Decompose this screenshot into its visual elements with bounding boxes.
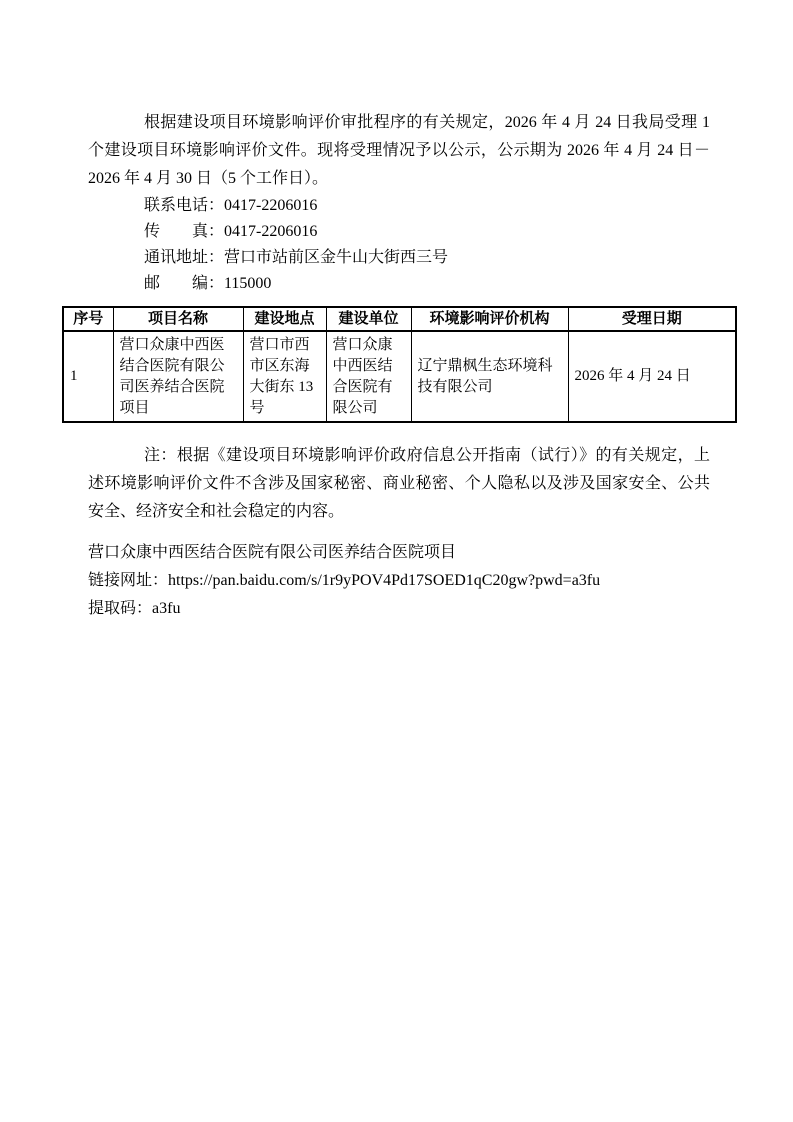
header-seq: 序号: [63, 307, 113, 331]
contact-address: 通讯地址：营口市站前区金牛山大街西三号: [144, 245, 710, 271]
contact-address-value: 营口市站前区金牛山大街西三号: [224, 249, 448, 266]
contact-fax-label: 传 真：: [144, 223, 224, 240]
attachment-code-label: 提取码：: [88, 600, 152, 617]
header-accept-date: 受理日期: [568, 307, 736, 331]
contact-phone: 联系电话：0417-2206016: [144, 193, 710, 219]
contact-info: 联系电话：0417-2206016 传 真：0417-2206016 通讯地址：…: [88, 193, 710, 297]
header-location: 建设地点: [243, 307, 326, 331]
attachment-code-value: a3fu: [152, 600, 180, 617]
attachment-code-line: 提取码：a3fu: [88, 595, 710, 623]
attachment-link-label: 链接网址：: [88, 572, 168, 589]
contact-fax-value: 0417-2206016: [224, 223, 317, 240]
cell-accept-date: 2026 年 4 月 24 日: [568, 331, 736, 422]
attachment-link-line: 链接网址：https://pan.baidu.com/s/1r9yPOV4Pd1…: [88, 567, 710, 595]
cell-location: 营口市西市区东海大街东 13 号: [243, 331, 326, 422]
contact-postcode-value: 115000: [224, 275, 271, 292]
contact-postcode-label: 邮 编：: [144, 275, 224, 292]
document-page: 根据建设项目环境影响评价审批程序的有关规定，2026 年 4 月 24 日我局受…: [0, 0, 793, 1122]
cell-builder: 营口众康中西医结合医院有限公司: [326, 331, 411, 422]
attachment-link-url[interactable]: https://pan.baidu.com/s/1r9yPOV4Pd17SOED…: [168, 572, 600, 589]
contact-fax: 传 真：0417-2206016: [144, 219, 710, 245]
table-row: 1 营口众康中西医结合医院有限公司医养结合医院项目 营口市西市区东海大街东 13…: [63, 331, 736, 422]
cell-eia-agency: 辽宁鼎枫生态环境科技有限公司: [411, 331, 568, 422]
contact-phone-value: 0417-2206016: [224, 197, 317, 214]
cell-seq: 1: [63, 331, 113, 422]
table-header-row: 序号 项目名称 建设地点 建设单位 环境影响评价机构 受理日期: [63, 307, 736, 331]
intro-paragraph: 根据建设项目环境影响评价审批程序的有关规定，2026 年 4 月 24 日我局受…: [88, 109, 710, 193]
acceptance-table: 序号 项目名称 建设地点 建设单位 环境影响评价机构 受理日期 1 营口众康中西…: [62, 306, 737, 423]
contact-phone-label: 联系电话：: [144, 197, 224, 214]
cell-project-name: 营口众康中西医结合医院有限公司医养结合医院项目: [113, 331, 243, 422]
header-builder: 建设单位: [326, 307, 411, 331]
contact-address-label: 通讯地址：: [144, 249, 224, 266]
attachment-title: 营口众康中西医结合医院有限公司医养结合医院项目: [88, 539, 710, 567]
contact-postcode: 邮 编：115000: [144, 271, 710, 297]
header-project-name: 项目名称: [113, 307, 243, 331]
header-eia-agency: 环境影响评价机构: [411, 307, 568, 331]
note-paragraph: 注：根据《建设项目环境影响评价政府信息公开指南（试行）》的有关规定，上述环境影响…: [88, 442, 710, 526]
attachment-block: 营口众康中西医结合医院有限公司医养结合医院项目 链接网址：https://pan…: [88, 539, 710, 623]
